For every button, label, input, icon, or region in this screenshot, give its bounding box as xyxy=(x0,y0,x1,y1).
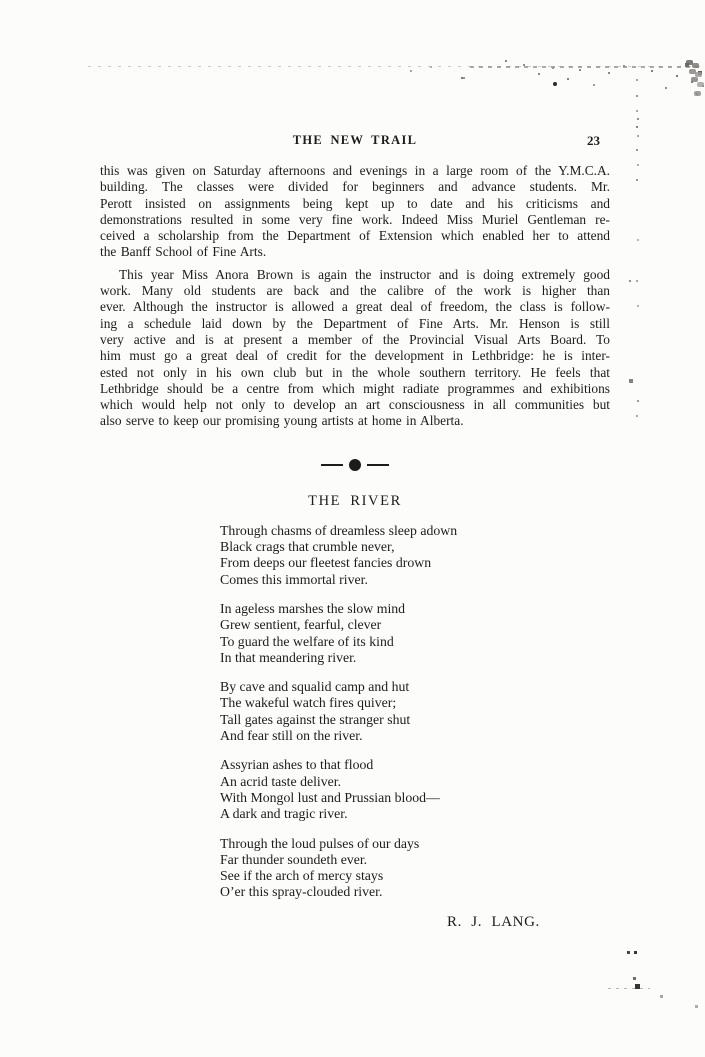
poem-line: In that meandering river. xyxy=(220,650,610,666)
poem-line: A dark and tragic river. xyxy=(220,806,610,822)
poem-stanza: In ageless marshes the slow mindGrew sen… xyxy=(220,601,610,666)
poem-line: By cave and squalid camp and hut xyxy=(220,679,610,695)
text-line: ested not only in his own club but in th… xyxy=(100,365,610,381)
text-line: the Banff School of Fine Arts. xyxy=(100,244,610,260)
poem-stanza: Through chasms of dreamless sleep adownB… xyxy=(220,523,610,588)
scan-artifact-bottom-dashes xyxy=(608,988,650,989)
poem-line: And fear still on the river. xyxy=(220,728,610,744)
text-line: Perott insisted on assignments being kep… xyxy=(100,196,610,212)
prose-section: this was given on Saturday afternoons an… xyxy=(100,163,610,430)
poem-stanza: Assyrian ashes to that floodAn acrid tas… xyxy=(220,757,610,822)
section-divider xyxy=(100,459,610,472)
paragraph: this was given on Saturday afternoons an… xyxy=(100,163,610,261)
poem-line: Through chasms of dreamless sleep adown xyxy=(220,523,610,539)
page-header: THE NEW TRAIL 23 xyxy=(100,133,610,148)
text-line: demonstrations resulted in some very fin… xyxy=(100,212,610,228)
text-line: very active and is at present a member o… xyxy=(100,332,610,348)
text-line: this was given on Saturday afternoons an… xyxy=(100,163,610,179)
poem-line: From deeps our fleetest fancies drown xyxy=(220,555,610,571)
poem-line: The wakeful watch fires quiver; xyxy=(220,695,610,711)
text-line: which would help not only to develop an … xyxy=(100,397,610,413)
text-line: building. The classes were divided for b… xyxy=(100,179,610,195)
divider-rule-right xyxy=(367,464,389,466)
poem-line: In ageless marshes the slow mind xyxy=(220,601,610,617)
text-line: also serve to keep our promising young a… xyxy=(100,413,610,429)
text-line: Lethbridge should be a centre from which… xyxy=(100,381,610,397)
poem-line: Tall gates against the stranger shut xyxy=(220,712,610,728)
poem-line: Through the loud pulses of our days xyxy=(220,836,610,852)
scan-noise-right-edge xyxy=(636,95,638,97)
poem-stanza: By cave and squalid camp and hutThe wake… xyxy=(220,679,610,744)
poem-line: Assyrian ashes to that flood xyxy=(220,757,610,773)
running-title: THE NEW TRAIL xyxy=(100,133,610,148)
poem: Through chasms of dreamless sleep adownB… xyxy=(220,523,610,901)
text-line: him must go a great deal of credit for t… xyxy=(100,348,610,364)
poem-line: Far thunder soundeth ever. xyxy=(220,852,610,868)
poem-line: Comes this immortal river. xyxy=(220,572,610,588)
scan-smudge-corner xyxy=(686,60,693,65)
scan-noise-bottom-right xyxy=(627,951,630,954)
poem-line: See if the arch of mercy stays xyxy=(220,868,610,884)
poem-line: An acrid taste deliver. xyxy=(220,774,610,790)
text-line: ceived a scholarship from the Department… xyxy=(100,228,610,244)
paragraph: This year Miss Anora Brown is again the … xyxy=(100,267,610,430)
poem-title: THE RIVER xyxy=(100,493,610,510)
divider-bullet xyxy=(349,459,361,471)
poem-line: Grew sentient, fearful, clever xyxy=(220,617,610,633)
poem-stanza: Through the loud pulses of our daysFar t… xyxy=(220,836,610,901)
text-line: ever. Although the instructor is allowed… xyxy=(100,299,610,315)
text-line: ing a schedule laid down by the Departme… xyxy=(100,316,610,332)
scan-noise-top-right xyxy=(505,60,507,62)
text-line: This year Miss Anora Brown is again the … xyxy=(100,267,610,283)
divider-rule-left xyxy=(321,464,343,466)
scanned-book-page: THE NEW TRAIL 23 this was given on Satur… xyxy=(0,0,705,1057)
scan-ink-dot xyxy=(553,82,557,86)
text-line: work. Many old students are back and the… xyxy=(100,283,610,299)
poem-line: Black crags that crumble never, xyxy=(220,539,610,555)
poem-line: To guard the welfare of its kind xyxy=(220,634,610,650)
poem-author-signature: R. J. LANG. xyxy=(447,914,610,931)
poem-line: With Mongol lust and Prussian blood— xyxy=(220,790,610,806)
page-number: 23 xyxy=(587,133,600,149)
poem-line: O’er this spray-clouded river. xyxy=(220,884,610,900)
scan-artifact-dotted-line-dark xyxy=(470,66,700,68)
